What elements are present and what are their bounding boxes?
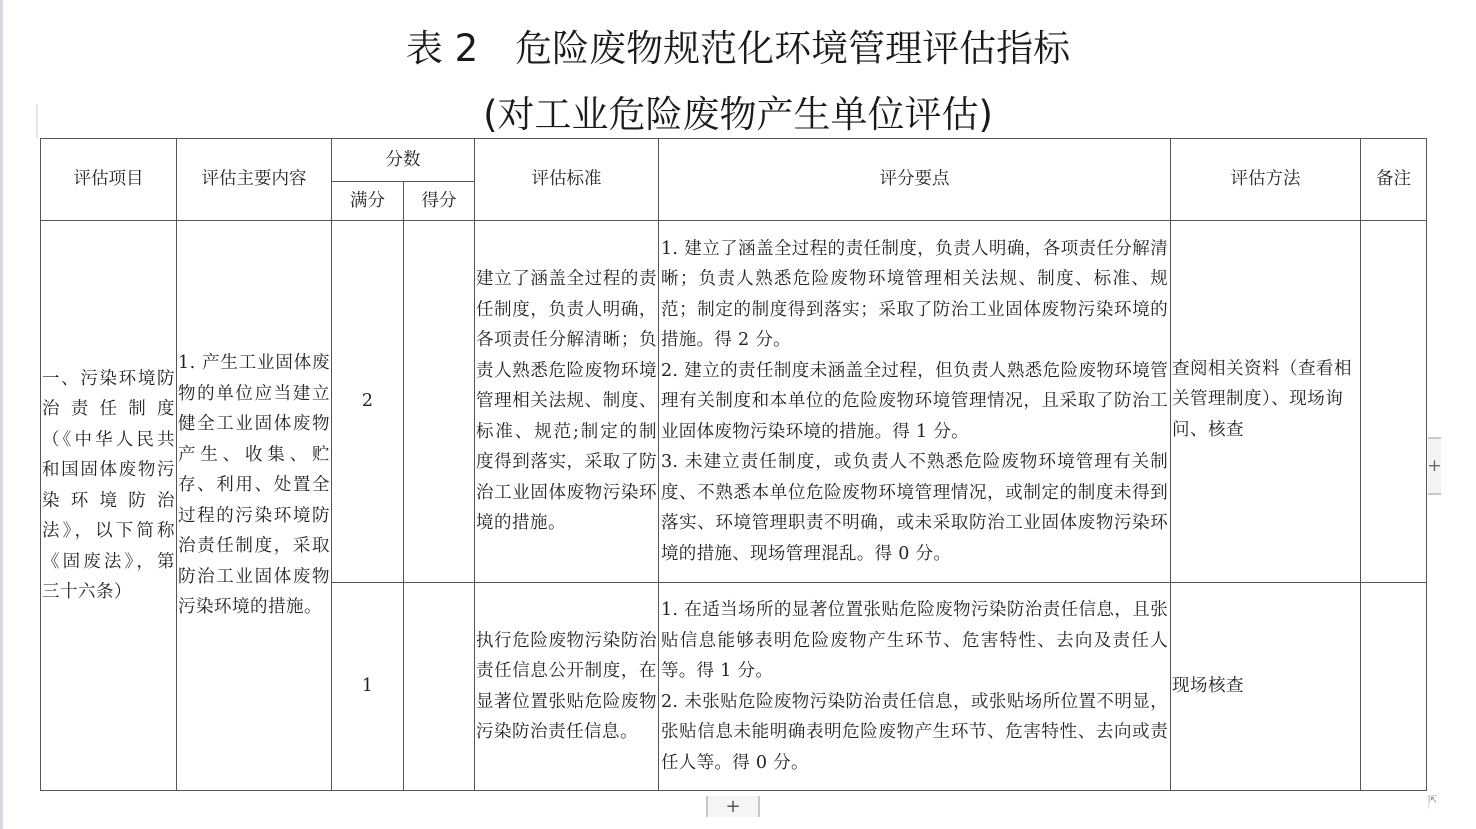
point-item: 2. 未张贴危险废物污染防治责任信息，或张贴场所位置不明显，张贴信息未能明确表明… [661, 687, 1168, 779]
full-score-cell[interactable]: 1 [332, 583, 404, 791]
header-remark[interactable]: 备注 [1361, 139, 1427, 221]
table-resize-handle[interactable]: ⇱ [1428, 795, 1443, 809]
header-obtained-score[interactable]: 得分 [404, 182, 475, 221]
header-standard[interactable]: 评估标准 [475, 139, 659, 221]
method-cell[interactable]: 现场核查 [1171, 583, 1361, 791]
standard-cell[interactable]: 建立了涵盖全过程的责任制度，负责人明确，各项责任分解清晰；负责人熟悉危险废物环境… [475, 221, 659, 583]
header-row: 评估项目 评估主要内容 分数 评估标准 评分要点 评估方法 备注 [41, 139, 1427, 182]
table-row: 一、污染环境防治责任制度（《中华人民共和国固体废物污染环境防治法》，以下简称《固… [41, 221, 1427, 583]
point-item: 2. 建立的责任制度未涵盖全过程，但负责人熟悉危险废物环境管理有关制度和本单位的… [661, 356, 1168, 448]
margin-marker [36, 104, 38, 138]
content-text: 1. 产生工业固体废物的单位应当建立健全工业固体废物产生、收集、贮存、利用、处置… [178, 348, 330, 623]
item-text: 一、污染环境防治责任制度（《中华人民共和国固体废物污染环境防治法》，以下简称《固… [42, 364, 175, 608]
method-cell[interactable]: 查阅相关资料（查看相关管理制度）、现场询问、核查 [1171, 221, 1361, 583]
header-method[interactable]: 评估方法 [1171, 139, 1361, 221]
document-title: 表 2 危险废物规范化环境管理评估指标 [0, 18, 1476, 72]
header-score-group[interactable]: 分数 [332, 139, 475, 182]
standard-cell[interactable]: 执行危险废物污染防治责任信息公开制度，在显著位置张贴危险废物污染防治责任信息。 [475, 583, 659, 791]
item-cell[interactable]: 一、污染环境防治责任制度（《中华人民共和国固体废物污染环境防治法》，以下简称《固… [41, 221, 177, 791]
header-full-score[interactable]: 满分 [332, 182, 404, 221]
plus-icon: + [1427, 456, 1441, 476]
method-text: 查阅相关资料（查看相关管理制度）、现场询问、核查 [1172, 354, 1359, 446]
obtained-score-cell[interactable] [404, 221, 475, 583]
point-item: 3. 未建立责任制度，或负责人不熟悉危险废物环境管理有关制度、不熟悉本单位危险废… [661, 447, 1168, 569]
resize-arrow-icon: ⇱ [1429, 795, 1437, 806]
evaluation-table: 评估项目 评估主要内容 分数 评估标准 评分要点 评估方法 备注 满分 得分 一… [40, 138, 1427, 791]
plus-icon: + [725, 796, 740, 817]
method-text: 现场核查 [1172, 671, 1359, 702]
add-column-button[interactable]: + [1428, 437, 1441, 495]
obtained-score-cell[interactable] [404, 583, 475, 791]
remark-cell[interactable] [1361, 583, 1427, 791]
document-subtitle: (对工业危险废物产生单位评估) [0, 84, 1476, 138]
full-score-cell[interactable]: 2 [332, 221, 404, 583]
add-row-button[interactable]: + [706, 796, 760, 817]
header-content[interactable]: 评估主要内容 [177, 139, 332, 221]
point-item: 1. 建立了涵盖全过程的责任制度，负责人明确，各项责任分解清晰；负责人熟悉危险废… [661, 234, 1168, 356]
header-points[interactable]: 评分要点 [659, 139, 1171, 221]
points-cell[interactable]: 1. 建立了涵盖全过程的责任制度，负责人明确，各项责任分解清晰；负责人熟悉危险废… [659, 221, 1171, 583]
content-cell[interactable]: 1. 产生工业固体废物的单位应当建立健全工业固体废物产生、收集、贮存、利用、处置… [177, 221, 332, 791]
points-cell[interactable]: 1. 在适当场所的显著位置张贴危险废物污染防治责任信息，且张贴信息能够表明危险废… [659, 583, 1171, 791]
point-item: 1. 在适当场所的显著位置张贴危险废物污染防治责任信息，且张贴信息能够表明危险废… [661, 595, 1168, 687]
header-item[interactable]: 评估项目 [41, 139, 177, 221]
remark-cell[interactable] [1361, 221, 1427, 583]
